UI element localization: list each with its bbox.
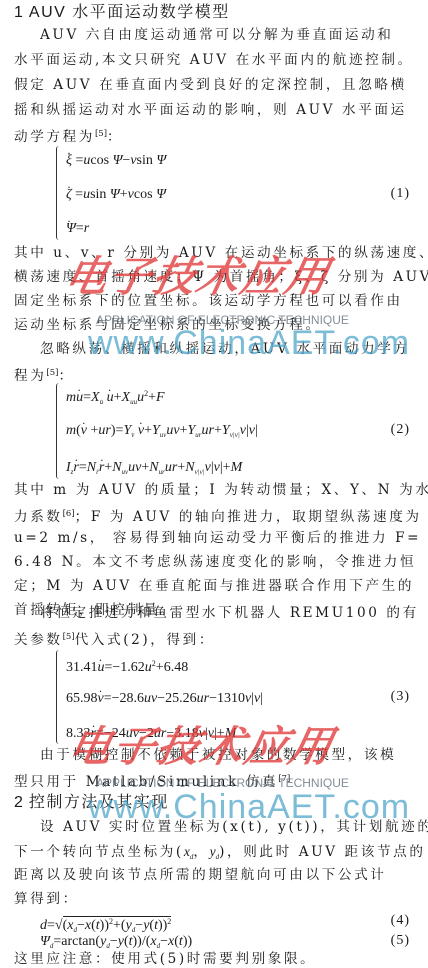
equation-line: m(v +ur)=Yv̇ v+Yuvuv+Yurur+Yv|v|v|v| bbox=[66, 422, 258, 444]
citation-ref: [5] bbox=[95, 129, 107, 139]
text: 程为 bbox=[14, 368, 46, 384]
text: ： bbox=[107, 129, 123, 145]
equation-number: (3) bbox=[391, 689, 410, 705]
citation-ref: [5] bbox=[46, 368, 58, 378]
watermark-logo-cn: 电子技术应用 bbox=[64, 714, 341, 774]
equation-line: mu=Xu̇ u+Xuuu2+F bbox=[66, 385, 165, 411]
paragraph-line: 水平面运动,本文只研究 AUV 在水平面内的航迹控制。 bbox=[14, 51, 414, 70]
section-title: AUV 水平面运动数学模型 bbox=[29, 4, 230, 21]
section-number: 2 bbox=[14, 794, 23, 811]
paragraph-line: 6.48 N。本文不考虑纵荡速度变化的影响，令推进力恒 bbox=[14, 553, 414, 572]
section-1-heading: 1AUV 水平面运动数学模型 bbox=[14, 3, 230, 23]
section-number: 1 bbox=[14, 4, 23, 21]
equation-number: (4) bbox=[391, 913, 410, 929]
citation-ref: [6] bbox=[63, 509, 75, 519]
paragraph-line: AUV 六自由度运动通常可以分解为垂直面运动和 bbox=[40, 26, 414, 45]
paragraph-line: 下一个转向节点坐标为(xd，yd)，则此时 AUV 距该节点的 bbox=[14, 842, 414, 867]
text: 动学方程为 bbox=[14, 129, 95, 145]
paragraph-line: 假定 AUV 在垂直面内受到良好的定深控制，且忽略横 bbox=[14, 76, 414, 95]
watermark-url: www.ChinaAET.com bbox=[88, 324, 410, 363]
equation-line: Izr=Nṙr+Nuvuv+Nurur+Nv|v|v|v|+M bbox=[66, 459, 242, 481]
paragraph-line: 将恒定推进力和鱼雷型水下机器人 REMU100 的有 bbox=[40, 604, 414, 623]
paragraph-line: 其中 m 为 AUV 的质量；I 为转动惯量；X、Y、N 为水动 bbox=[14, 481, 414, 500]
paragraph-line: 动学方程为[5]： bbox=[14, 125, 414, 147]
equation-number: (2) bbox=[391, 422, 410, 438]
paragraph-line: 力系数[6]；F 为 AUV 的轴向推进力，取期望纵荡速度为 bbox=[14, 505, 414, 527]
paragraph-line: 摇和纵摇运动对水平面运动的影响，则 AUV 水平面运 bbox=[14, 101, 414, 120]
equation-number: (5) bbox=[391, 933, 410, 949]
text: 关参数 bbox=[14, 632, 63, 648]
watermark-url: www.ChinaAET.com bbox=[88, 788, 410, 827]
text: ；F 为 AUV 的轴向推进力，取期望纵荡速度为 bbox=[75, 509, 422, 525]
equation-number: (1) bbox=[391, 186, 410, 202]
brace bbox=[56, 650, 63, 744]
text: 代入式(2)，得到： bbox=[75, 632, 215, 648]
watermark-logo-cn: 电子技术应用 bbox=[60, 244, 337, 304]
equation-line: Ψ=r bbox=[66, 220, 89, 238]
paragraph-line: 这里应注意：使用式(5)时需要判别象限。 bbox=[14, 950, 414, 968]
paragraph-line: u=2 m/s， 容易得到轴向运动受力平衡后的推进力 F= bbox=[14, 529, 414, 548]
text: 力系数 bbox=[14, 509, 63, 525]
paragraph-line: 定；M 为 AUV 在垂直舵面与推进器联合作用下产生的 bbox=[14, 577, 414, 596]
text: ： bbox=[58, 368, 74, 384]
brace bbox=[56, 383, 63, 479]
paragraph-line: 程为[5]： bbox=[14, 364, 414, 386]
paragraph-line: 距离以及驶向该节点所需的期望航向可由以下公式计 bbox=[14, 866, 414, 885]
brace bbox=[56, 146, 63, 240]
equation-line: 65.98v=−28.6uv−25.26ur−1310v|v| bbox=[66, 690, 263, 708]
paragraph-line: 关参数[5]代入式(2)，得到： bbox=[14, 628, 414, 650]
citation-ref: [5] bbox=[63, 632, 75, 642]
equation-line: 31.41u=−1.62u2+6.48 bbox=[66, 655, 188, 677]
equation-line: ξ =ucos Ψ−vsin Ψ bbox=[66, 152, 166, 170]
paragraph-line: 算得到： bbox=[14, 890, 414, 909]
equation-line: ζ =usin Ψ+vcos Ψ bbox=[66, 186, 166, 204]
